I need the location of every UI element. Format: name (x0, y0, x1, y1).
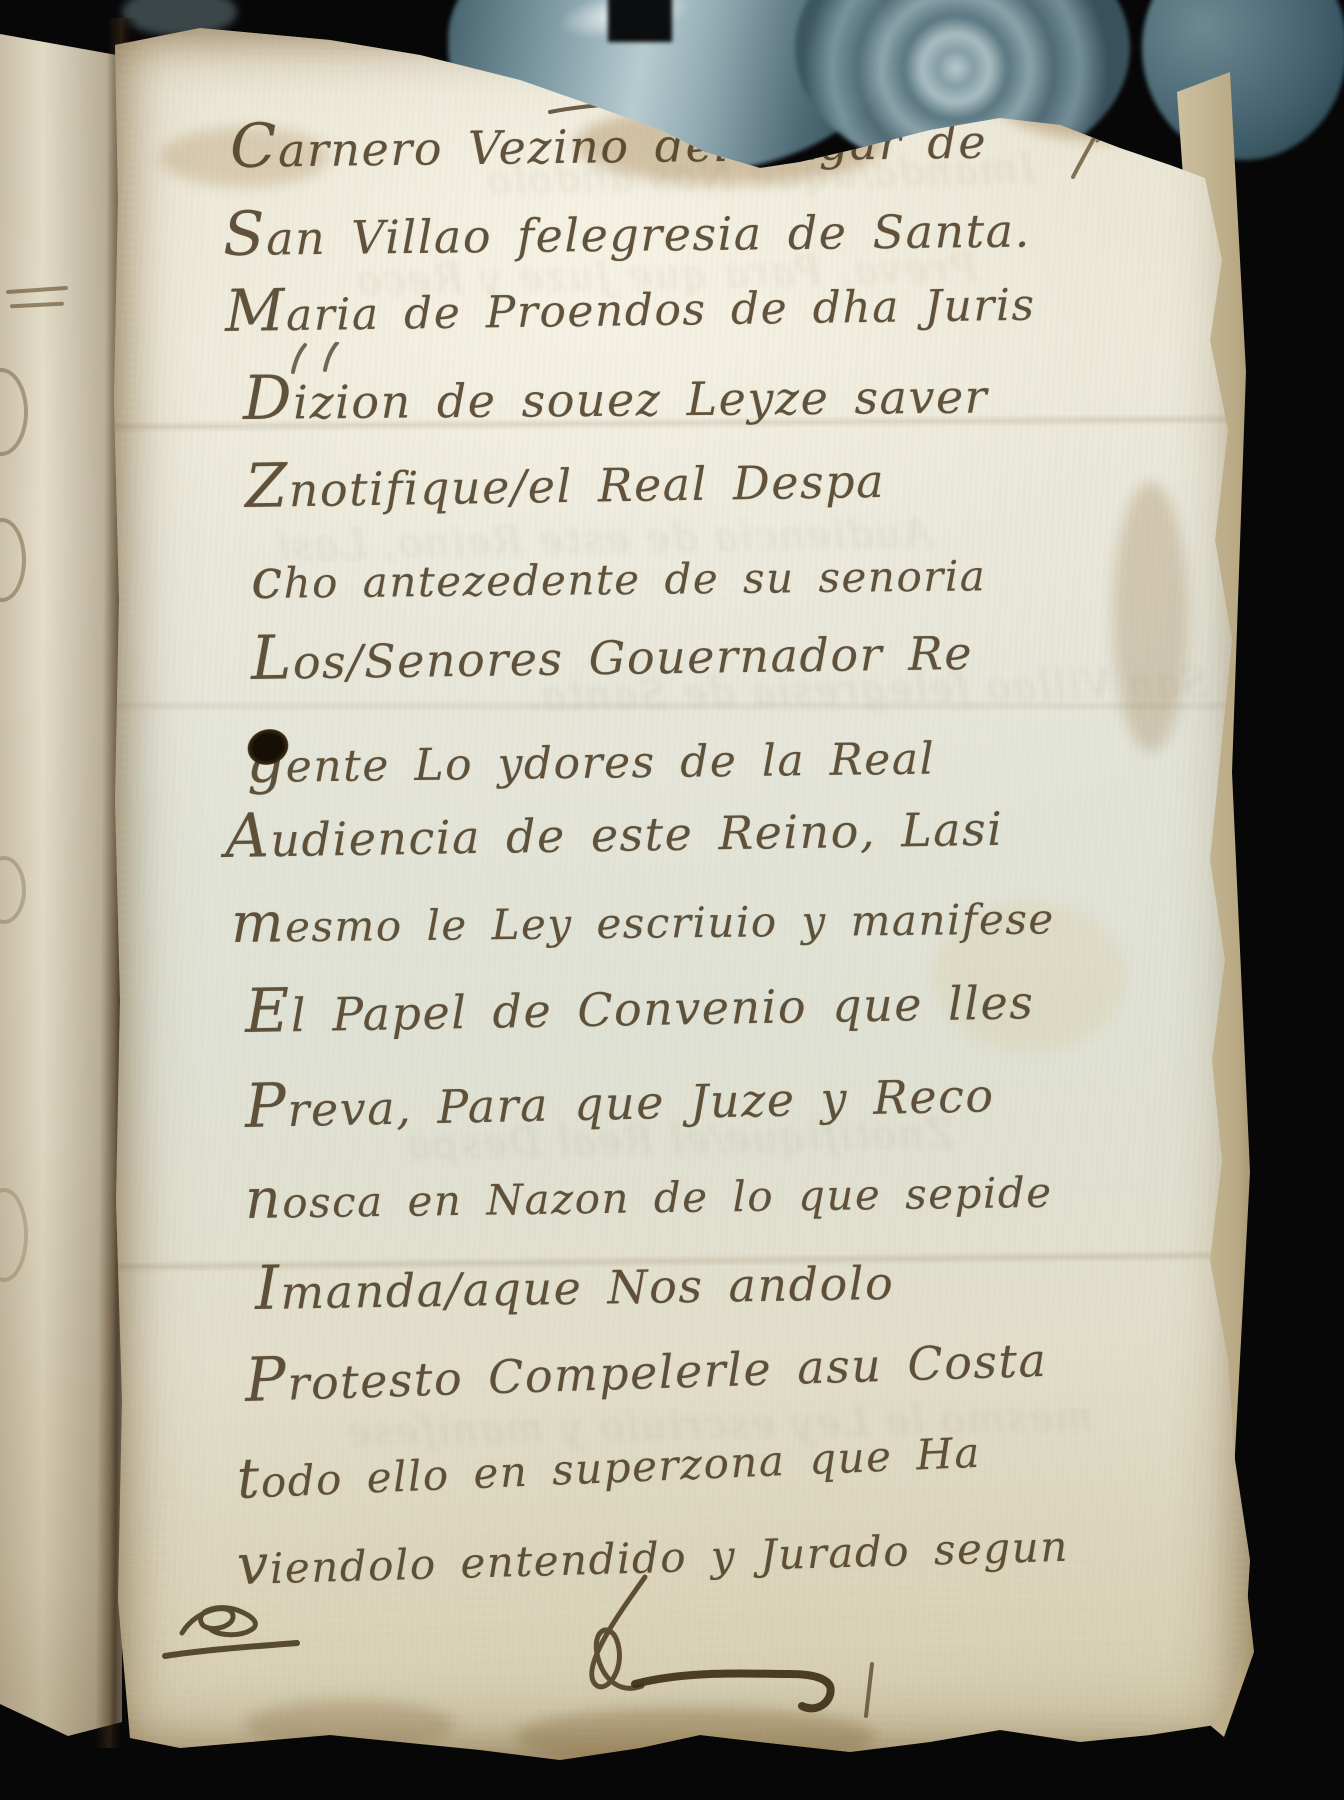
manuscript-line: San Villao felegresia de Santa. (223, 192, 1031, 270)
glass-shadow-notch (608, 0, 672, 42)
vertical-tick-mark (860, 1660, 880, 1720)
manuscript-line: mesmo le Ley escriuio y manifese (231, 883, 1055, 956)
manuscript-line: cho antezedente de su senoria (251, 540, 987, 612)
manuscript-line: Dizion de souez Leyze saver (243, 357, 989, 433)
manuscript-line: Audiencia de este Reino, Lasi (224, 790, 1003, 872)
manuscript-page: Imanda/aque Nos andolo Preva, Para que J… (105, 12, 1270, 1774)
scribal-rubric (157, 1598, 307, 1673)
stray-mark-dash (10, 302, 64, 309)
stray-mark-loop (0, 518, 26, 602)
stain (245, 1700, 455, 1750)
signature-flourish (550, 1572, 870, 1742)
photo-background: Imanda/aque Nos andolo Preva, Para que J… (0, 0, 1344, 1800)
stray-mark-dash (6, 286, 68, 294)
manuscript-line: nosca en Nazon de lo que sepide (245, 1157, 1053, 1232)
manuscript-line: Maria de Proendos de dha Juris (225, 266, 1036, 345)
stray-mark-loop (0, 1188, 28, 1282)
stray-mark-loop (0, 856, 26, 924)
manuscript-line: Imanda/aque Nos andolo (254, 1244, 894, 1324)
diacritic-marks (285, 342, 345, 374)
stray-mark-loop (0, 368, 28, 456)
glass-object-right (1142, 0, 1344, 160)
manuscript-line: Los/Senores Gouernador Re (251, 614, 974, 694)
manuscript-line: gente Lo ydores de la Real (247, 720, 936, 796)
manuscript-line: El Papel de Convenio que lles (244, 963, 1034, 1047)
manuscript-line: Znotifique/el Real Despa (244, 442, 885, 522)
